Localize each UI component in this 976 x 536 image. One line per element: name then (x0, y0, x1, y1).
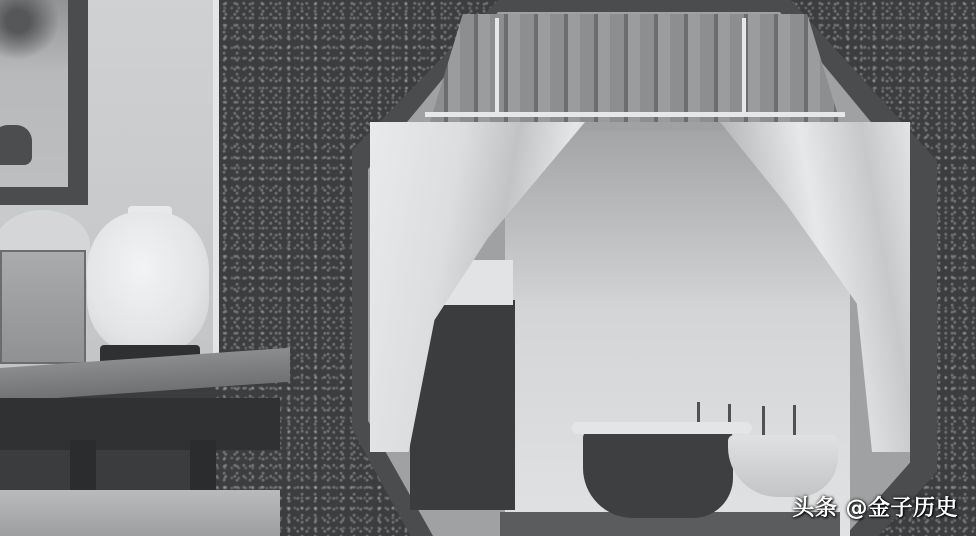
painting-vase (0, 125, 32, 165)
painting-canvas (0, 0, 68, 187)
lower-shelf (0, 490, 280, 536)
painting-flowers (0, 0, 60, 60)
valance-rail (425, 112, 845, 117)
white-porcelain-jar (87, 212, 209, 352)
glass-display-case (0, 250, 86, 364)
table-apron (0, 398, 280, 450)
framed-painting (0, 0, 88, 205)
faucet-pipe (762, 406, 765, 436)
faucet-pipe (793, 405, 796, 435)
curtain-valance (430, 14, 840, 122)
historical-photo: 头条 @金子历史 (0, 0, 976, 536)
valance-post (742, 18, 746, 116)
bathtub-rim (572, 422, 752, 434)
clawfoot-bathtub (583, 430, 733, 518)
wall-edge-trim (213, 0, 219, 370)
valance-post (495, 18, 499, 116)
watermark: 头条 @金子历史 (792, 491, 958, 522)
